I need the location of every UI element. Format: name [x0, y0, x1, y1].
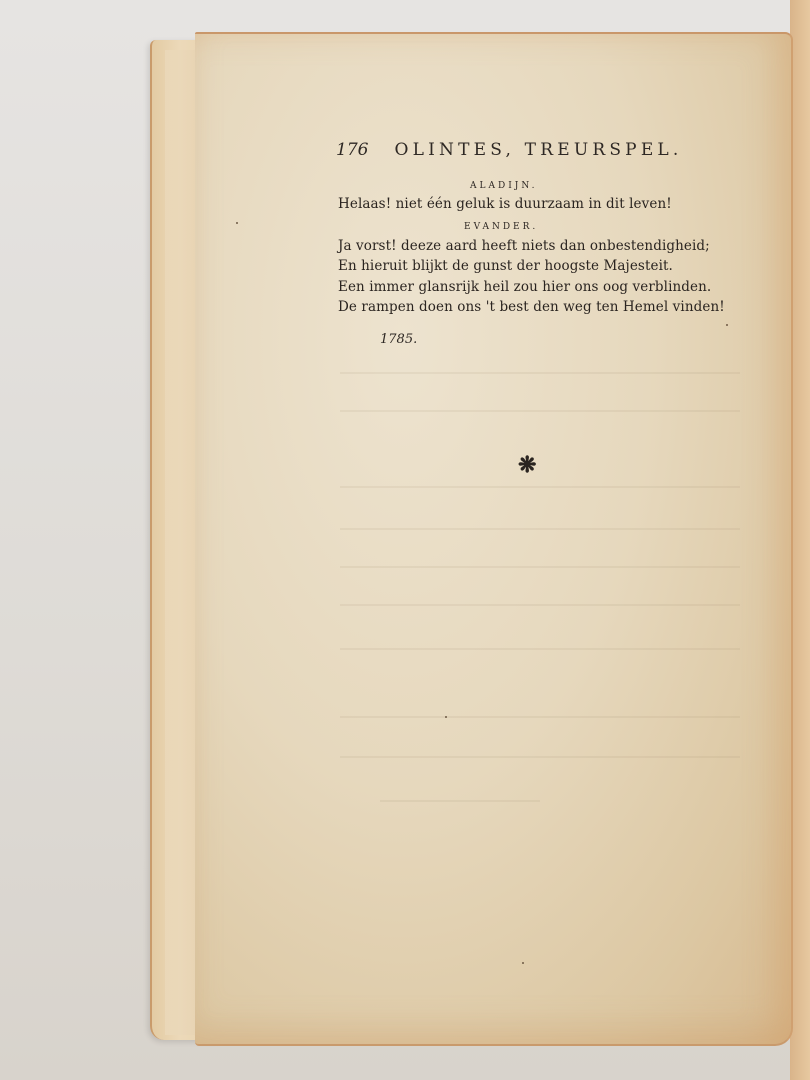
show-through-line — [340, 604, 740, 606]
show-through-line — [340, 648, 740, 650]
adjacent-book-edge — [790, 0, 810, 1080]
verse-line: Helaas! niet één geluk is duurzaam in di… — [338, 196, 672, 212]
paper-speck — [236, 222, 238, 224]
show-through-line — [340, 528, 740, 530]
running-title: OLINTES, TREURSPEL. — [394, 140, 682, 160]
show-through-line — [340, 486, 740, 488]
asterisk-ornament-icon: ❋ — [518, 452, 536, 478]
page-number: 176 — [336, 140, 368, 160]
verse-line: De rampen doen ons 't best den weg ten H… — [338, 299, 725, 315]
paper-speck — [445, 716, 447, 718]
show-through-line — [340, 372, 740, 374]
show-through-line — [340, 716, 740, 718]
paper-speck — [726, 324, 728, 326]
paper-speck — [522, 962, 524, 964]
show-through-line — [340, 410, 740, 412]
show-through-line — [380, 800, 540, 802]
speaker-name: EVANDER. — [464, 222, 538, 232]
verse-line: En hieruit blijkt de gunst der hoogste M… — [338, 258, 673, 274]
speaker-name: ALADIJN. — [470, 181, 538, 191]
show-through-line — [340, 756, 740, 758]
verse-line: Een immer glansrijk heil zou hier ons oo… — [338, 279, 711, 295]
date-line: 1785. — [380, 332, 417, 347]
verse-line: Ja vorst! deeze aard heeft niets dan onb… — [338, 238, 710, 254]
show-through-line — [340, 566, 740, 568]
page-header: 176 OLINTES, TREURSPEL. — [336, 140, 676, 160]
